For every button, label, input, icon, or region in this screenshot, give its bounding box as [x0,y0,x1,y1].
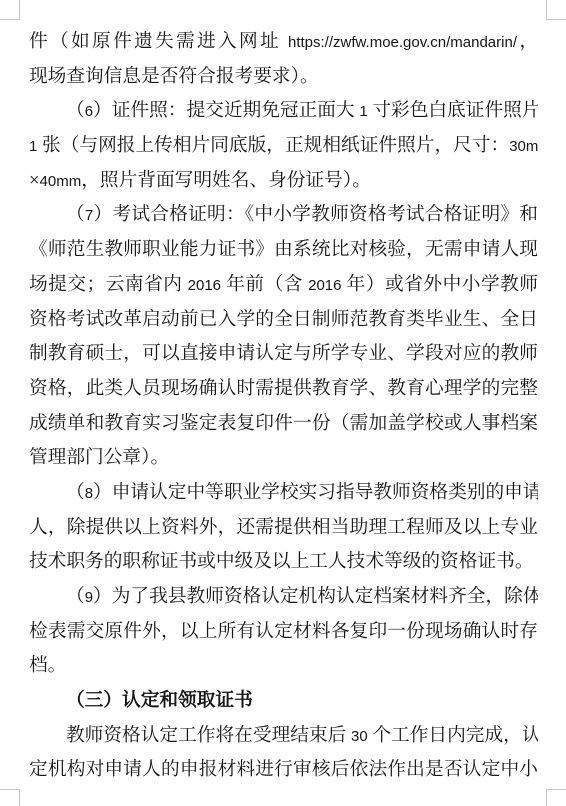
text-line: （7）考试合格证明：《中小学教师资格考试合格证明》和 [29,198,538,233]
text-line: 技术职务的职称证书或中级及以上工人技术等级的资格证书。 [29,545,538,580]
crop-mark-top-right [546,0,566,20]
text-line: 检表需交原件外，以上所有认定材料各复印一份现场确认时存 [29,615,538,650]
text-line: 定机构对申请人的申报材料进行审核后依法作出是否认定中小 [29,753,538,788]
text-line: （8）申请认定中等职业学校实习指导教师资格类别的申请 [29,476,538,511]
text-line: 管理部门公章）。 [29,441,538,476]
text-line: 成绩单和教育实习鉴定表复印件一份（需加盖学校或人事档案 [29,407,538,442]
document-body: 件（如原件遗失需进入网址 https://zwfw.moe.gov.cn/man… [29,25,538,788]
text-line: 现场查询信息是否符合报考要求）。 [29,60,538,95]
crop-mark-bottom-right [546,789,566,806]
text-line: （6）证件照：提交近期免冠正面大 1 寸彩色白底证件照片 [29,94,538,129]
latin-text: 30mm [509,138,538,155]
document-page: 件（如原件遗失需进入网址 https://zwfw.moe.gov.cn/man… [0,0,566,806]
text-line: （三）认定和领取证书 [29,684,538,719]
text-line: 场提交；云南省内 2016 年前（含 2016 年）或省外中小学教师 [29,268,538,303]
latin-text: 2016 [308,277,341,294]
latin-text: 2016 [188,277,221,294]
latin-text: 8 [85,485,93,502]
latin-text: 6 [85,103,93,120]
latin-text: 1 [359,103,367,120]
text-line: 《师范生教师职业能力证书》由系统比对核验，无需申请人现 [29,233,538,268]
latin-text: 1 [29,138,37,155]
latin-text: https://zwfw.moe.gov.cn/mandarin/ [288,34,517,51]
crop-mark-top-left [0,0,20,20]
latin-text: 40mm [40,173,82,190]
text-line: 制教育硕士，可以直接申请认定与所学专业、学段对应的教师 [29,337,538,372]
text-line: 件（如原件遗失需进入网址 https://zwfw.moe.gov.cn/man… [29,25,538,60]
latin-text: 9 [85,589,93,606]
text-line: （9）为了我县教师资格认定机构认定档案材料齐全，除体 [29,580,538,615]
text-line: 人，除提供以上资料外，还需提供相当助理工程师及以上专业 [29,511,538,546]
text-line: 档。 [29,649,538,684]
crop-mark-bottom-left [0,789,20,806]
latin-text: 30 [351,728,368,745]
text-line: ×40mm，照片背面写明姓名、身份证号）。 [29,164,538,199]
latin-text: 7 [85,207,93,224]
text-line: 教师资格认定工作将在受理结束后 30 个工作日内完成，认 [29,719,538,754]
text-line: 资格，此类人员现场确认时需提供教育学、教育心理学的完整 [29,372,538,407]
text-line: 1 张（与网报上传相片同底版，正规相纸证件照片，尺寸：30mm [29,129,538,164]
text-line: 资格考试改革启动前已入学的全日制师范教育类毕业生、全日 [29,303,538,338]
